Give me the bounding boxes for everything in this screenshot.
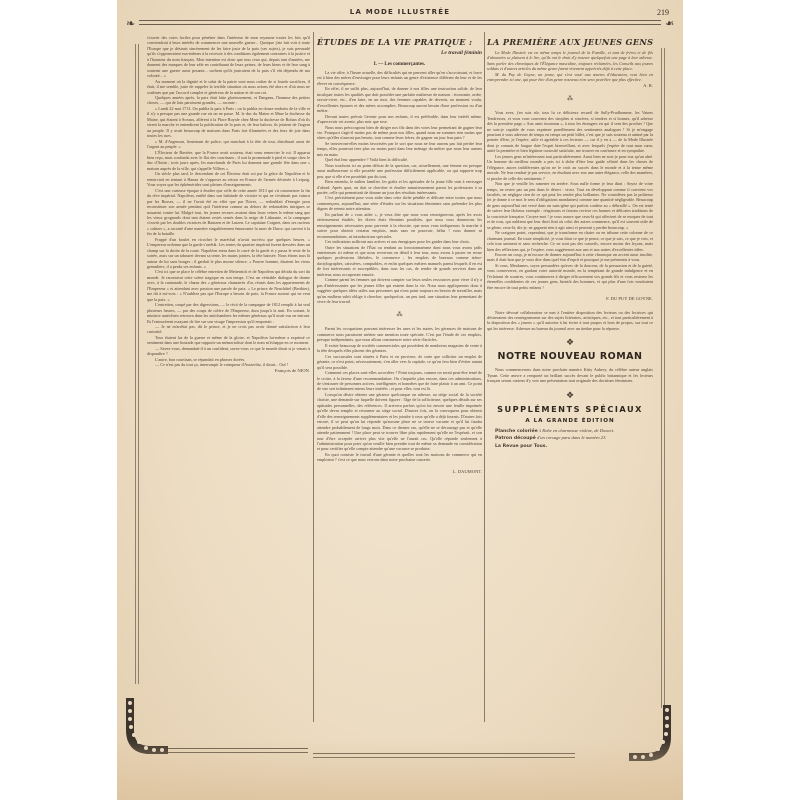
paragraph: Encore un coup, je m'excuse de donner au… — [487, 252, 653, 263]
paragraph: Frappé d'un boulet en ricochet le maréch… — [147, 237, 310, 270]
signature: L. DAUMONT. — [317, 469, 482, 474]
novel-title: NOTRE NOUVEAU ROMAN — [487, 351, 653, 363]
paragraph: — Ce n'est pas du tout ça, interrompit l… — [147, 362, 310, 367]
supplement-detail: d'un corsage paru dans le numéro 23. — [537, 435, 607, 440]
supplement-label: Planche coloriée : — [495, 429, 541, 434]
signature: F. DU PUY DE GOYNE. — [487, 296, 653, 301]
asterism-icon: ⁂ — [487, 94, 653, 104]
paragraph: Vous avez, j'en suis sûr, tous lu ce dél… — [487, 110, 653, 154]
paragraph: Un siècle plus tard, le descendant de ce… — [147, 171, 310, 187]
paragraph: Nous touchons ici au point délicat de la… — [317, 163, 482, 179]
leaf-flourish-icon: ❧ — [126, 17, 135, 30]
intro-paragraph: M. du Puy de Goyne, un jeune, qui s'est … — [487, 72, 653, 83]
paragraph: — Je ne m'arrêtai pas, dit le prince, et… — [147, 324, 310, 335]
paragraph: En effet, il ne suffit plus, aujourd'hui… — [317, 86, 482, 113]
young-people-column: LA PREMIÈRE AUX JEUNES GENS La Mode Illu… — [487, 35, 653, 775]
column-divider — [313, 32, 314, 722]
chronicle-column: s'ouvrir des voies faciles pour pénétrer… — [147, 35, 310, 705]
paragraph: « M. d'Argenson, lieutenant de police, q… — [147, 139, 310, 150]
running-title: LA MODE ILLUSTRÉE — [117, 8, 683, 16]
asterism-icon: ⁂ — [317, 310, 482, 320]
page-number: 219 — [657, 8, 669, 17]
paragraph: « Lundi 22 mai 1713. On publia la paix à… — [147, 106, 310, 139]
paragraph: Non que je veuille les ramener en arrièr… — [487, 181, 653, 230]
notice-paragraph: Notre dévoué collaborateur se met à l'en… — [487, 310, 653, 332]
paragraph: Lorsqu'on désire obtenir une gérance que… — [317, 392, 482, 452]
practical-life-column: ÉTUDES DE LA VIE PRATIQUE : Le travail f… — [317, 35, 482, 745]
paragraph: C'est précisément pour vous aider dans c… — [317, 195, 482, 211]
paragraph: Outre les situations de l'État ou tendan… — [317, 245, 482, 278]
paragraph: Comme parmi les femmes qui doivent compt… — [317, 277, 482, 304]
running-head: ❧ LA MODE ILLUSTRÉE 219 ❧ — [117, 3, 683, 17]
paragraph: C'est une curieuse époque à étudier que … — [147, 188, 310, 237]
paragraph: Si vous, Mesdames, soyez persuadées qu'a… — [487, 263, 653, 290]
paragraph: Il existe beaucoup de sociétés commercia… — [317, 343, 482, 354]
paragraph: s'ouvrir des voies faciles pour pénétrer… — [147, 35, 310, 79]
paragraph: Ces succursales sont situées à Paris et … — [317, 354, 482, 370]
header-rule — [139, 20, 661, 25]
supplements-title: SUPPLÉMENTS SPÉCIAUX — [487, 404, 653, 415]
section-title: ÉTUDES DE LA VIE PRATIQUE : — [317, 37, 482, 47]
chapter-heading: I. — Les commerçantes. — [317, 61, 482, 68]
paragraph: — Savez-vous, demandait-il à un confiden… — [147, 346, 310, 357]
section-title: LA PREMIÈRE AUX JEUNES GENS — [487, 37, 653, 47]
bottom-rule — [313, 753, 575, 758]
supplement-label: La Revue pour Tous. — [495, 444, 547, 449]
leaf-flourish-icon: ❧ — [665, 17, 674, 30]
column-divider — [484, 32, 485, 722]
paragraph: Comment ces places sont-elles accordées … — [317, 370, 482, 392]
fleuron-icon: ❖ — [487, 337, 653, 347]
paragraph: C'est ici que se place le célèbre entret… — [147, 269, 310, 302]
ornamental-corner-icon — [122, 698, 168, 758]
paragraph: Ces indications suffiront aux actives et… — [317, 239, 482, 244]
paragraph: Parmi les occupations pouvant intéresser… — [317, 326, 482, 342]
left-border-rule — [135, 44, 139, 684]
fleuron-icon: ❖ — [487, 390, 653, 400]
paragraph: Les jeunes gens m'intéressent tout parti… — [487, 154, 653, 181]
right-border-rule — [661, 48, 665, 708]
bottom-rule — [168, 748, 308, 753]
paragraph: Bien entendu, le milieu familier, les go… — [317, 179, 482, 195]
paragraph: Devant toutes prévoir l'avenir pour nos … — [317, 114, 482, 125]
supplement-detail: Robe en charmeuse violine, de Doucet. — [542, 428, 614, 433]
ornamental-corner-icon — [629, 705, 675, 765]
section-subtitle: Le travail féminin — [317, 50, 482, 57]
signature: François de NION. — [147, 368, 310, 373]
paragraph: L'entretien, coupé par des digressions, … — [147, 302, 310, 324]
paragraph: Nous nous préoccupons bien de diriger no… — [317, 125, 482, 141]
paragraph: Se trouveront-elles moins favorisées par… — [317, 141, 482, 157]
supplement-item: Patron découpé d'un corsage paru dans le… — [487, 435, 653, 443]
paragraph: Quelques années après, la paix était fai… — [147, 95, 310, 106]
newspaper-page: ❧ LA MODE ILLUSTRÉE 219 ❧ s'ouvrir des v… — [117, 0, 683, 800]
paragraph: Ne craignez point, cependant, que je tra… — [487, 230, 653, 252]
novel-paragraph: Nous commencerons dans notre prochain nu… — [487, 367, 653, 383]
supplements-subtitle: A LA GRANDE ÉDITION — [487, 417, 653, 425]
paragraph: En parlant de « vous aider », je veux di… — [317, 212, 482, 239]
supplement-item: La Revue pour Tous. — [487, 443, 653, 451]
supplement-label: Patron découpé — [495, 436, 536, 441]
paragraph: L'Électeur de Bavière, que la France ava… — [147, 150, 310, 172]
paragraph: La vie offre, à l'heure actuelle, des di… — [317, 70, 482, 86]
paragraph: En quoi consiste le travail d'une gérant… — [317, 452, 482, 463]
paragraph: Au moment où la dignité et le salut de l… — [147, 79, 310, 95]
paragraph: Tous étaient las de la guerre et même de… — [147, 335, 310, 346]
intro-signature: A. R. — [487, 83, 653, 88]
intro-paragraph: La Mode Illustrée est en même temps le j… — [487, 50, 653, 72]
